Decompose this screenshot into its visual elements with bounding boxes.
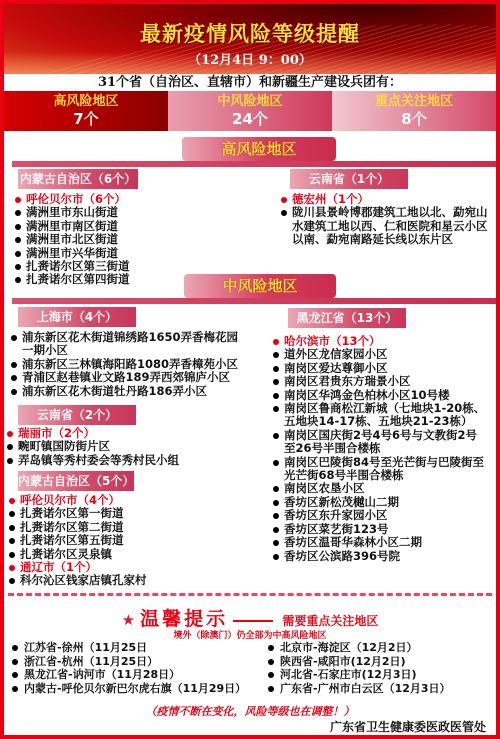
area-item: 科尔沁区钱家店镇孔家村 xyxy=(8,574,248,587)
province-header-heilongjiang: 黑龙江省（13个） xyxy=(288,308,406,328)
area-item: 香坊区温哥华森林小区二期 xyxy=(272,536,488,549)
city-item: 德宏州（1个） xyxy=(280,193,490,206)
focus-area-item: 河北省-石家庄市(12月3日) xyxy=(266,668,492,682)
mid-risk-list-shanghai: 浦东新区花木街道锦绣路1650弄香梅花园一期小区 浦东新区三林镇海阳路1080弄… xyxy=(10,331,248,398)
mid-risk-list-heilongjiang: 哈尔滨市（13个） 道外区龙信家园小区 南岗区爱达尊御小区 南岗区君贵东方瑞景小… xyxy=(272,335,488,563)
area-item: 南岗区国庆街2号4号6号与文教街2号至26号半围合楼栋 xyxy=(272,429,488,456)
area-item: 南岗区爱达尊御小区 xyxy=(272,362,488,375)
warning-note: （疫情不断在变化，风险等级也在调整！） xyxy=(4,703,496,719)
mid-risk-list-neimenggu: 呼伦贝尔市（4个） 扎赉诺尔区第一街道 扎赉诺尔区第二街道 扎赉诺尔区第五街道 … xyxy=(8,494,248,588)
province-header-neimenggu-mid: 内蒙古自治区（5个） xyxy=(18,471,134,491)
province-header-neimenggu-high: 内蒙古自治区（6个） xyxy=(18,169,138,189)
area-item: 香坊区菜艺街123号 xyxy=(272,523,488,536)
dash-line xyxy=(233,620,273,622)
area-item: 浦东新区花木街道牡丹路186弄小区 xyxy=(10,385,248,398)
area-item: 扎赉诺尔区第五街道 xyxy=(8,534,248,547)
area-item: 满洲里市南区街道 xyxy=(14,220,254,233)
focus-area-item: 北京市-海淀区（12月2日） xyxy=(266,641,492,655)
dashed-divider xyxy=(8,593,492,596)
area-item: 满洲里市东山街道 xyxy=(14,206,254,219)
risk-summary: 高风险地区 7个 中风险地区 24个 重点关注地区 8个 xyxy=(4,91,496,131)
area-item: 满洲里市北区街道 xyxy=(14,233,254,246)
intro-text: 31个省（自治区、直辖市）和新疆生产建设兵团有： xyxy=(4,74,496,91)
area-item: 扎赉诺尔区第二街道 xyxy=(8,521,248,534)
area-item: 青浦区赵巷镇业文路189弄西郊锦庐小区 xyxy=(10,371,248,384)
city-item: 瑞丽市（2个） xyxy=(6,427,246,440)
star-icon: ★ xyxy=(122,611,135,629)
province-header-shanghai: 上海市（4个） xyxy=(18,307,136,327)
section-title-high-risk: 高风险地区 xyxy=(182,137,336,161)
risk-notice-poster: 最新疫情风险等级提醒 （12月4日 9：00） 31个省（自治区、直辖市）和新疆… xyxy=(0,0,500,739)
focus-areas-right: 北京市-海淀区（12月2日） 陕西省-咸阳市(12月2日) 河北省-石家庄市(1… xyxy=(266,641,492,695)
tips-title: 温馨提示 xyxy=(140,608,228,630)
tips-title-suffix: 需要重点关注地区 xyxy=(282,614,378,628)
mid-risk-list-yunnan: 瑞丽市（2个） 畹町镇国防街片区 弄岛镇等秀村委会等秀村民小组 xyxy=(6,427,246,467)
area-item: 南岗区农垦小区 xyxy=(272,482,488,495)
high-risk-list-neimenggu: 呼伦贝尔市（6个） 满洲里市东山街道 满洲里市南区街道 满洲里市北区街道 满洲里… xyxy=(14,193,254,287)
poster-title: 最新疫情风险等级提醒 xyxy=(4,18,496,48)
stat-focus-areas: 重点关注地区 8个 xyxy=(332,91,496,131)
area-item: 香坊区公滨路396号院 xyxy=(272,550,488,563)
high-risk-list-yunnan: 德宏州（1个） 陇川县景岭博郡建筑工地以北、勐宛山水建筑工地以西、仁和医院和星云… xyxy=(280,193,490,247)
stat-label: 重点关注地区 xyxy=(332,94,496,110)
area-item: 扎赉诺尔区第三街道 xyxy=(14,260,254,273)
area-item: 浦东新区花木街道锦绣路1650弄香梅花园一期小区 xyxy=(10,331,248,358)
stat-high-risk: 高风险地区 7个 xyxy=(4,91,168,131)
area-item: 畹町镇国防街片区 xyxy=(6,440,246,453)
focus-area-item: 陕西省-咸阳市(12月2日) xyxy=(266,655,492,669)
area-item: 弄岛镇等秀村委会等秀村民小组 xyxy=(6,454,246,467)
stat-count: 24个 xyxy=(168,110,332,128)
tips-heading: ★ 温馨提示 需要重点关注地区 xyxy=(4,604,496,631)
focus-areas-left: 江苏省-徐州（11月25日 浙江省-杭州（11月25日） 黑龙江省-讷河市（11… xyxy=(10,641,250,695)
issuer-signature: 广东省卫生健康委医政医管处 xyxy=(330,718,486,735)
tips-subtitle: 境外（除澳门）仍全部为中高风险地区 xyxy=(4,628,496,641)
focus-area-item: 广东省-广州市白云区（12月3日） xyxy=(266,682,492,696)
area-item: 香坊区新松茂樾山二期 xyxy=(272,496,488,509)
area-item: 浦东新区三林镇海阳路1080弄香樟苑小区 xyxy=(10,358,248,371)
focus-area-item: 江苏省-徐州（11月25日 xyxy=(10,641,250,655)
area-item: 香坊区东升家园小区 xyxy=(272,509,488,522)
stat-count: 7个 xyxy=(4,110,168,128)
stat-label: 中风险地区 xyxy=(168,94,332,110)
header-banner: 最新疫情风险等级提醒 （12月4日 9：00） xyxy=(4,4,496,74)
city-item: 哈尔滨市（13个） xyxy=(272,335,488,348)
province-header-yunnan-high: 云南省（1个） xyxy=(290,169,408,189)
stat-label: 高风险地区 xyxy=(4,94,168,110)
area-item: 陇川县景岭博郡建筑工地以北、勐宛山水建筑工地以西、仁和医院和星云小区以南、勐宛南… xyxy=(280,206,490,246)
poster-timestamp: （12月4日 9：00） xyxy=(4,49,496,68)
area-item: 扎赉诺尔区第一街道 xyxy=(8,507,248,520)
area-item: 满洲里市兴华街道 xyxy=(14,247,254,260)
focus-area-item: 内蒙古-呼伦贝尔新巴尔虎右旗（11月29日） xyxy=(10,682,250,696)
area-item: 南岗区华鸿金色柏林小区10号楼 xyxy=(272,389,488,402)
section-divider xyxy=(12,298,496,304)
stat-count: 8个 xyxy=(332,110,496,128)
province-header-yunnan-mid: 云南省（2个） xyxy=(18,405,136,425)
area-item: 南岗区君贵东方瑞景小区 xyxy=(272,375,488,388)
section-divider xyxy=(12,161,496,167)
area-item: 道外区龙信家园小区 xyxy=(272,348,488,361)
city-item: 呼伦贝尔市（4个） xyxy=(8,494,248,507)
stat-mid-risk: 中风险地区 24个 xyxy=(168,91,332,131)
section-title-mid-risk: 中风险地区 xyxy=(184,274,336,298)
area-item: 南岗区巴陵街84号至光芒街与巴陵街至光芒街68号半围合楼栋 xyxy=(272,456,488,483)
city-item: 呼伦贝尔市（6个） xyxy=(14,193,254,206)
area-item: 南岗区鲁商松江新城（七地块1-20栋、五地块14-17栋、五地块21-23栋） xyxy=(272,402,488,429)
focus-area-item: 黑龙江省-讷河市（11月28日） xyxy=(10,668,250,682)
area-item: 扎赉诺尔区灵泉镇 xyxy=(8,548,248,561)
focus-area-item: 浙江省-杭州（11月25日） xyxy=(10,655,250,669)
city-item: 通辽市（1个） xyxy=(8,561,248,574)
